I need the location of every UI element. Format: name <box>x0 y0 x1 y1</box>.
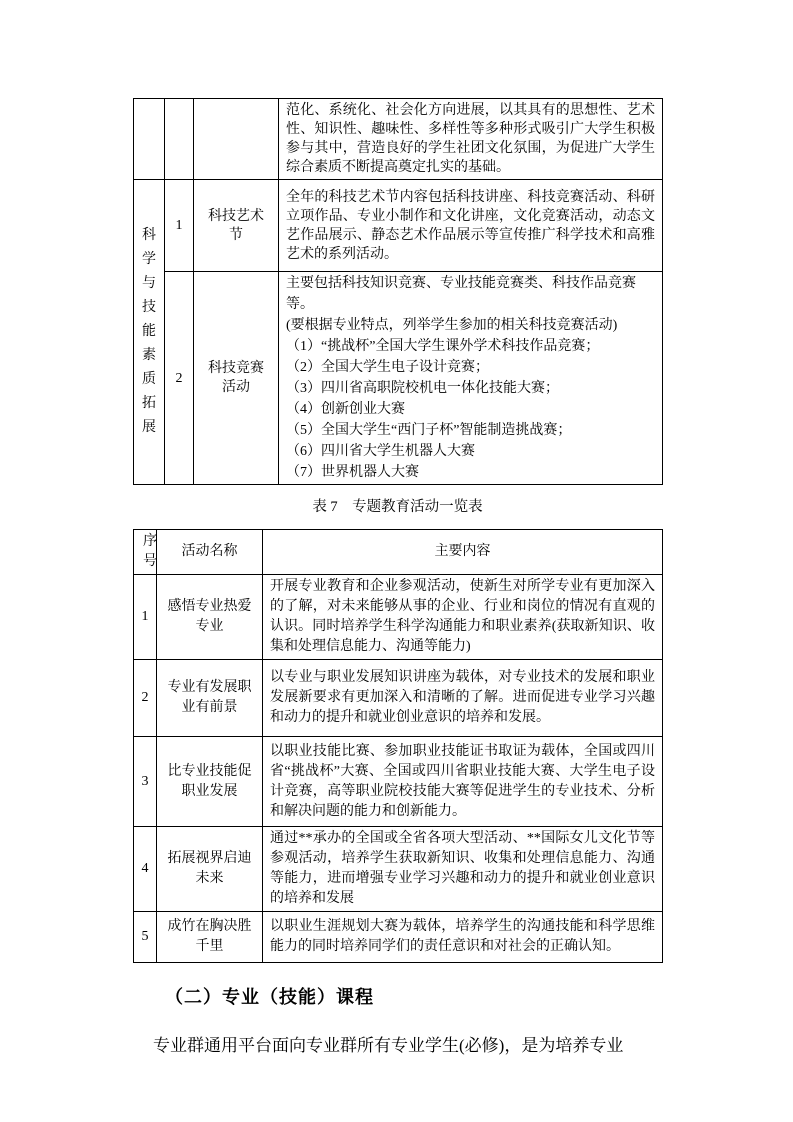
content-line: （3）四川省高职院校机电一体化技能大赛； <box>286 378 655 399</box>
content-line: (要根据专业特点，列举学生参加的相关科技竞赛活动) <box>286 315 655 336</box>
vertical-category-label: 科学与技能素质拓展 <box>142 224 157 440</box>
table-row: 2 专业有发展职业有前景 以专业与职业发展知识讲座为载体，对专业技术的发展和职业… <box>134 660 663 737</box>
index-cell: 1 <box>165 180 194 272</box>
index-cell: 4 <box>134 827 157 912</box>
activity-name-cell-empty <box>194 99 279 180</box>
activity-content-cell: 全年的科技艺术节内容包括科技讲座、科技竞赛活动、科研立项作品、专业小制作和文化讲… <box>279 180 663 272</box>
activity-name-cell: 拓展视界启迪未来 <box>157 827 263 912</box>
index-cell: 2 <box>165 272 194 485</box>
header-activity-name: 活动名称 <box>157 530 263 575</box>
table-row: 4 拓展视界启迪未来 通过**承办的全国或全省各项大型活动、**国际女儿文化节等… <box>134 827 663 912</box>
section-heading: （二）专业（技能）课程 <box>165 985 662 1009</box>
activity-content-cell: 开展专业教育和企业参观活动，使新生对所学专业有更加深入的了解，对未来能够从事的企… <box>263 575 663 660</box>
table-row: 5 成竹在胸决胜千里 以职业生涯规划大赛为载体，培养学生的沟通技能和科学思维能力… <box>134 912 663 963</box>
activity-content-cell: 以职业生涯规划大赛为载体，培养学生的沟通技能和科学思维能力的同时培养同学们的责任… <box>263 912 663 963</box>
document-page: 范化、系统化、社会化方向进展，以其具有的思想性、艺术性、知识性、趣味性、多样性等… <box>0 0 793 1122</box>
index-cell: 2 <box>134 660 157 737</box>
activity-name-cell: 专业有发展职业有前景 <box>157 660 263 737</box>
header-index: 序号 <box>134 530 157 575</box>
index-cell: 3 <box>134 737 157 827</box>
activity-content-cell: 以职业技能比赛、参加职业技能证书取证为载体，全国或四川省“挑战杯”大赛、全国或四… <box>263 737 663 827</box>
table-row: 范化、系统化、社会化方向进展，以其具有的思想性、艺术性、知识性、趣味性、多样性等… <box>134 99 663 180</box>
body-paragraph: 专业群通用平台面向专业群所有专业学生(必修)，是为培养专业 <box>133 1033 662 1059</box>
activity-name-cell: 感悟专业热爱专业 <box>157 575 263 660</box>
activity-name-cell: 科技竞赛活动 <box>194 272 279 485</box>
index-cell-empty <box>165 99 194 180</box>
content-line: （7）世界机器人大赛 <box>286 462 655 483</box>
table-special-education-activities: 序号 活动名称 主要内容 1 感悟专业热爱专业 开展专业教育和企业参观活动，使新… <box>133 529 663 963</box>
content-line: （1）“挑战杯”全国大学生课外学术科技作品竞赛； <box>286 336 655 357</box>
index-cell: 1 <box>134 575 157 660</box>
activity-content-cell: 范化、系统化、社会化方向进展，以其具有的思想性、艺术性、知识性、趣味性、多样性等… <box>279 99 663 180</box>
table-row: 3 比专业技能促职业发展 以职业技能比赛、参加职业技能证书取证为载体，全国或四川… <box>134 737 663 827</box>
category-cell: 科学与技能素质拓展 <box>134 180 165 485</box>
activity-name-cell: 比专业技能促职业发展 <box>157 737 263 827</box>
table-row: 2 科技竞赛活动 主要包括科技知识竞赛、专业技能竞赛类、科技作品竞赛等。 (要根… <box>134 272 663 485</box>
content-line: （2）全国大学生电子设计竞赛； <box>286 357 655 378</box>
category-cell-empty <box>134 99 165 180</box>
activity-name-cell: 科技艺术节 <box>194 180 279 272</box>
activity-content-cell: 主要包括科技知识竞赛、专业技能竞赛类、科技作品竞赛等。 (要根据专业特点，列举学… <box>279 272 663 485</box>
page-content: 范化、系统化、社会化方向进展，以其具有的思想性、艺术性、知识性、趣味性、多样性等… <box>133 98 662 1059</box>
table-science-skill-development: 范化、系统化、社会化方向进展，以其具有的思想性、艺术性、知识性、趣味性、多样性等… <box>133 98 663 485</box>
content-line: （6）四川省大学生机器人大赛 <box>286 441 655 462</box>
content-line: （4）创新创业大赛 <box>286 399 655 420</box>
content-line: （5）全国大学生“西门子杯”智能制造挑战赛； <box>286 420 655 441</box>
table-row: 1 感悟专业热爱专业 开展专业教育和企业参观活动，使新生对所学专业有更加深入的了… <box>134 575 663 660</box>
activity-name-cell: 成竹在胸决胜千里 <box>157 912 263 963</box>
index-cell: 5 <box>134 912 157 963</box>
header-main-content: 主要内容 <box>263 530 663 575</box>
activity-content-cell: 以专业与职业发展知识讲座为载体，对专业技术的发展和职业发展新要求有更加深入和清晰… <box>263 660 663 737</box>
table-header-row: 序号 活动名称 主要内容 <box>134 530 663 575</box>
activity-content-cell: 通过**承办的全国或全省各项大型活动、**国际女儿文化节等参观活动，培养学生获取… <box>263 827 663 912</box>
table-caption: 表 7 专题教育活动一览表 <box>133 497 662 518</box>
content-line: 主要包括科技知识竞赛、专业技能竞赛类、科技作品竞赛等。 <box>286 273 655 315</box>
table-row: 科学与技能素质拓展 1 科技艺术节 全年的科技艺术节内容包括科技讲座、科技竞赛活… <box>134 180 663 272</box>
